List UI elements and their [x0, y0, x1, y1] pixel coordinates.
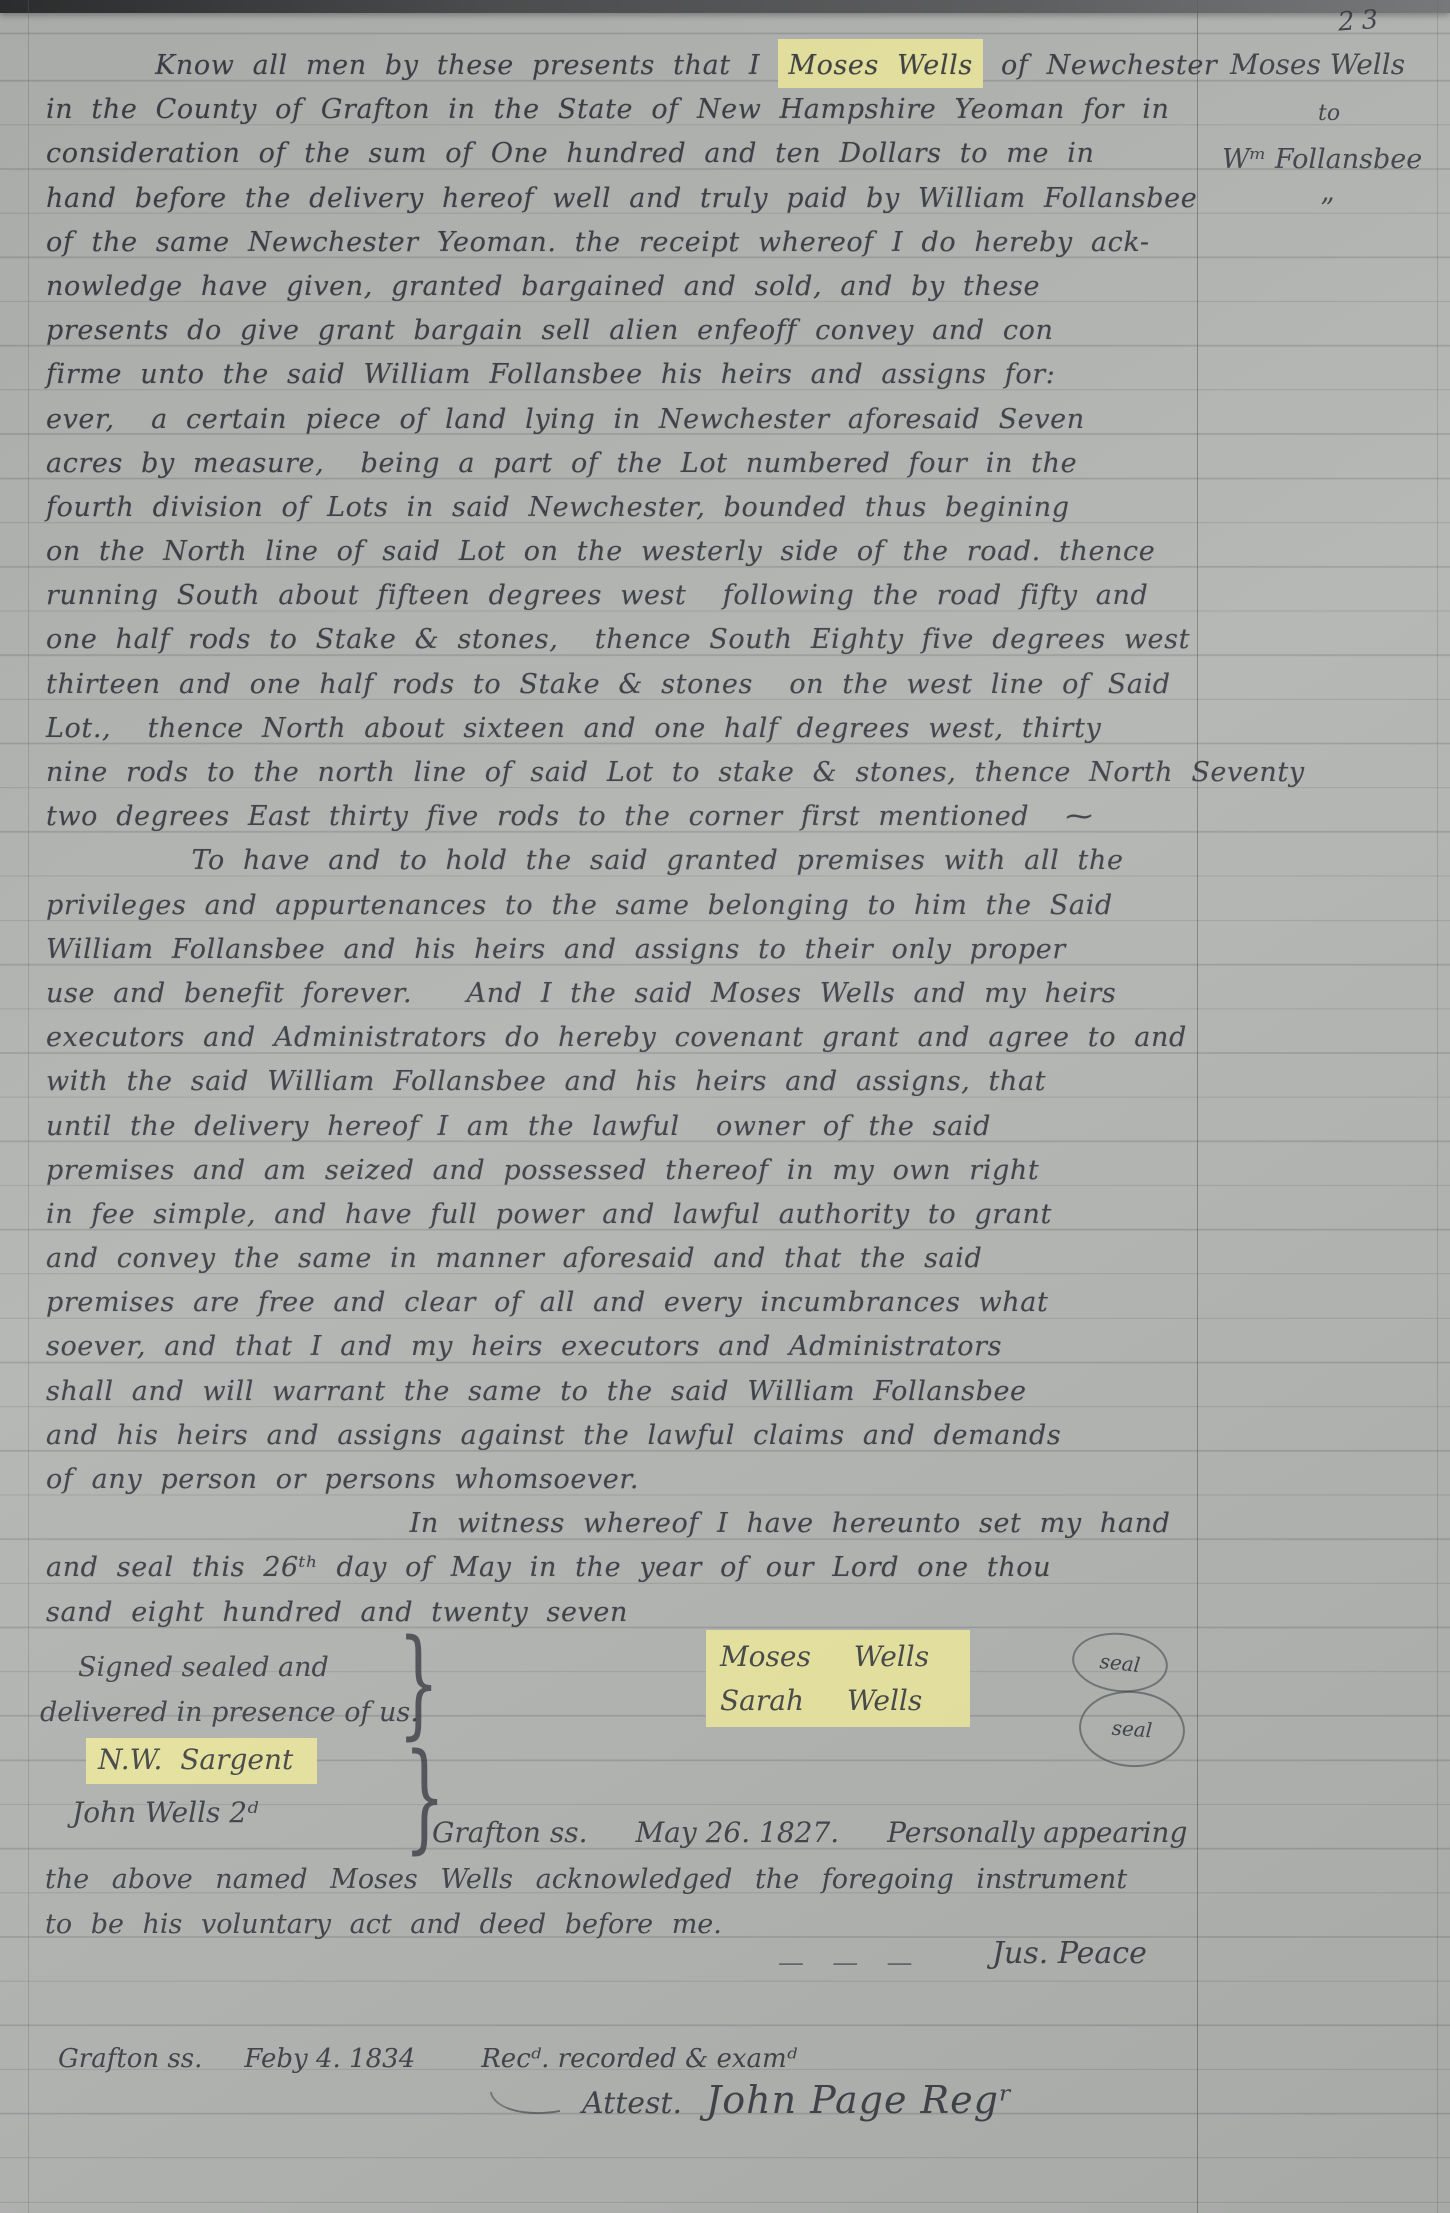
deed-line: until the delivery hereof I am the lawfu… [46, 1105, 1198, 1149]
recording-date: Feby 4. 1834 [244, 2044, 415, 2074]
justice-signature: Jus. Peace [992, 1936, 1147, 1971]
opening-pre: Know all men by these presents that I [46, 50, 778, 81]
deed-line: To have and to hold the said granted pre… [46, 839, 1198, 883]
deed-line: premises and am seized and possessed the… [46, 1149, 1198, 1193]
deed-line: fourth division of Lots in said Newchest… [46, 486, 1198, 530]
deed-line: acres by measure, being a part of the Lo… [46, 442, 1198, 486]
ack-line2: the above named Moses Wells acknowledged… [45, 1864, 1127, 1895]
deed-line: firme unto the said William Follansbee h… [46, 353, 1198, 397]
witness-clause-line1: Signed sealed and [78, 1652, 329, 1683]
deed-line: of any person or persons whomsoever. [46, 1458, 1198, 1502]
ack-line3: to be his voluntary act and deed before … [45, 1909, 722, 1940]
attest-label: Attest. [582, 2086, 682, 2121]
deed-line: privileges and appurtenances to the same… [46, 884, 1198, 928]
right-edge-line [1437, 0, 1438, 2213]
deed-line: running South about fifteen degrees west… [46, 574, 1198, 618]
recording-row: Grafton ss. Feby 4. 1834 Recᵈ. recorded … [58, 2044, 797, 2074]
deed-line: nowledge have given, granted bargained a… [46, 265, 1198, 309]
grantor-signature: Moses Wells [720, 1640, 970, 1673]
deed-line: with the said William Follansbee and his… [46, 1060, 1198, 1104]
deed-line: consideration of the sum of One hundred … [46, 132, 1198, 176]
opening-post: of Newchester [983, 50, 1218, 81]
deed-line: William Follansbee and his heirs and ass… [46, 928, 1198, 972]
deed-line: and his heirs and assigns against the la… [46, 1414, 1198, 1458]
deed-line: soever, and that I and my heirs executor… [46, 1325, 1198, 1369]
witness-clause-line2: delivered in presence of us. [40, 1697, 419, 1728]
grantor-wife-signature: Sarah Wells [720, 1684, 970, 1717]
ack-date: May 26. 1827. [636, 1816, 840, 1849]
margin-grantor-name: Moses Wells [1230, 48, 1405, 81]
deed-line: premises are free and clear of all and e… [46, 1281, 1198, 1325]
seal-label: seal [1099, 1648, 1142, 1676]
ack-opening: Personally appearing [887, 1816, 1187, 1849]
deed-body: Know all men by these presents that I Mo… [46, 44, 1198, 1635]
deed-line: on the North line of said Lot on the wes… [46, 530, 1198, 574]
deed-line: two degrees East thirty five rods to the… [46, 795, 1198, 839]
recording-status: Recᵈ. recorded & examᵈ [481, 2044, 797, 2074]
acknowledgment-heading-row: Grafton ss. May 26. 1827. Personally app… [432, 1816, 1187, 1849]
highlighted-grantor-name: Moses Wells [778, 39, 982, 88]
deed-body-lines: in the County of Grafton in the State of… [46, 88, 1198, 1635]
deed-line: ever, a certain piece of land lying in N… [46, 398, 1198, 442]
deed-line: Lot., thence North about sixteen and one… [46, 707, 1198, 751]
deed-opening-line: Know all men by these presents that I Mo… [46, 44, 1198, 88]
deed-line: use and benefit forever. And I the said … [46, 972, 1198, 1016]
deed-line: hand before the delivery hereof well and… [46, 177, 1198, 221]
left-margin-line [28, 0, 29, 2213]
ack-venue: Grafton ss. [432, 1816, 588, 1849]
highlighted-witness-signature: N.W. Sargent [86, 1738, 317, 1784]
deed-line: executors and Administrators do hereby c… [46, 1016, 1198, 1060]
witness-clause-brace: } [398, 1632, 439, 1732]
seal-label: seal [1111, 1716, 1153, 1743]
signature-flourish [490, 2081, 561, 2124]
deed-line: In witness whereof I have hereunto set m… [46, 1502, 1198, 1546]
deed-page-scan: 23 Moses Wells to Wᵐ Follansbee ” Know a… [0, 0, 1450, 2213]
deed-line: thirteen and one half rods to Stake & st… [46, 663, 1198, 707]
deed-line: shall and will warrant the same to the s… [46, 1370, 1198, 1414]
page-number: 23 [1337, 4, 1386, 37]
highlighted-signatures-block: Moses Wells Sarah Wells [706, 1630, 970, 1727]
deed-line: presents do give grant bargain sell alie… [46, 309, 1198, 353]
deed-line: in the County of Grafton in the State of… [46, 88, 1198, 132]
margin-ditto-mark: ” [1320, 192, 1334, 225]
margin-connector: to [1318, 101, 1340, 126]
deed-line: and convey the same in manner aforesaid … [46, 1237, 1198, 1281]
margin-grantee-name: Wᵐ Follansbee [1222, 144, 1422, 175]
ack-dashes: — — — [778, 1948, 923, 1978]
recording-venue: Grafton ss. [58, 2044, 202, 2074]
deed-line: nine rods to the north line of said Lot … [46, 751, 1198, 795]
deed-line: of the same Newchester Yeoman. the recei… [46, 221, 1198, 265]
deed-line: sand eight hundred and twenty seven [46, 1591, 1198, 1635]
register-signature: John Page Regʳ [706, 2078, 1013, 2122]
deed-line: one half rods to Stake & stones, thence … [46, 618, 1198, 662]
deed-line: in fee simple, and have full power and l… [46, 1193, 1198, 1237]
witness-signature-2: John Wells 2ᵈ [72, 1796, 258, 1829]
deed-line: and seal this 26ᵗʰ day of May in the yea… [46, 1546, 1198, 1590]
attest-row: Attest. John Page Regʳ [492, 2078, 1013, 2122]
